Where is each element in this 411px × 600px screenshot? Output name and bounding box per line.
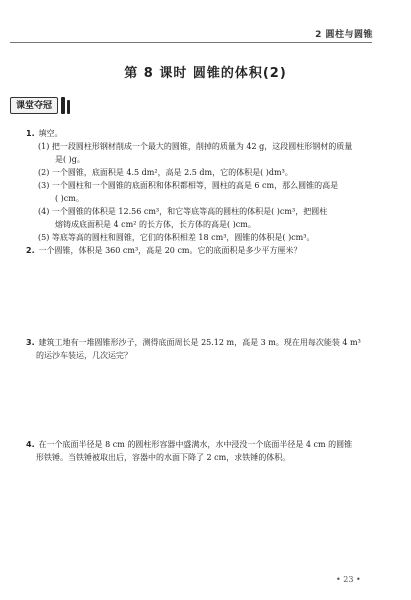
question-number: 4. — [26, 438, 36, 451]
sub-question-2: (2) 一个圆锥，底面积是 4.5 dm²，高是 2.5 dm，它的体积是( )… — [26, 166, 381, 179]
question-1-stem: 1. 填空。 — [26, 127, 381, 140]
sub-question-1: (1) 把一段圆柱形钢材削成一个最大的圆锥，削掉的质量为 42 g，这段圆柱形钢… — [26, 140, 381, 166]
question-number: 2. — [26, 244, 36, 257]
sub-question-5: (5) 等底等高的圆柱和圆锥，它们的体积相差 18 cm³，圆锥的体积是( )c… — [26, 231, 381, 244]
question-1: 1. 填空。 (1) 把一段圆柱形钢材削成一个最大的圆锥，削掉的质量为 42 g… — [26, 127, 381, 244]
lesson-title: 第 8 课时 圆锥的体积(2) — [0, 62, 411, 81]
section-badge: 课堂夺冠 — [10, 97, 70, 114]
sub-question-line: (3) 一个圆柱和一个圆锥的底面积和体积都相等，圆柱的高是 6 cm，那么圆锥的… — [38, 179, 381, 192]
question-text: 建筑工地有一堆圆锥形沙子，测得底面周长是 25.12 m，高是 3 m。现在用每… — [39, 338, 361, 347]
sub-question-3: (3) 一个圆柱和一个圆锥的底面积和体积都相等，圆柱的高是 6 cm，那么圆锥的… — [26, 179, 381, 205]
question-number: 3. — [26, 336, 36, 349]
sub-question-line: (4) 一个圆锥的体积是 12.56 cm³，和它等底等高的圆柱的体积是( )c… — [38, 205, 381, 218]
question-number: 1. — [26, 127, 36, 140]
question-text: 填空。 — [39, 129, 63, 138]
sub-question-line: 熔铸成底面积是 4 cm² 的长方体，长方体的高是( )cm。 — [38, 218, 381, 231]
question-2: 2. 一个圆锥，体积是 360 cm³，高是 20 cm。它的底面积是多少平方厘… — [26, 244, 381, 257]
section-badge-label: 课堂夺冠 — [10, 97, 58, 114]
question-text: 在一个底面半径是 8 cm 的圆柱形容器中盛满水，水中浸没一个底面半径是 4 c… — [39, 440, 353, 449]
question-text: 的运沙车装运，几次运完？ — [26, 349, 381, 362]
page-number: • 23 • — [336, 575, 361, 584]
sub-question-line: (2) 一个圆锥，底面积是 4.5 dm²，高是 2.5 dm，它的体积是( )… — [38, 166, 381, 179]
sub-question-line: ( )cm。 — [38, 192, 381, 205]
chapter-header: 2 圆柱与圆锥 — [315, 27, 373, 40]
header-divider — [10, 42, 372, 43]
sub-question-line: 是( )g。 — [38, 153, 381, 166]
question-3: 3. 建筑工地有一堆圆锥形沙子，测得底面周长是 25.12 m，高是 3 m。现… — [26, 336, 381, 362]
badge-tab-decoration — [67, 100, 70, 114]
question-4: 4. 在一个底面半径是 8 cm 的圆柱形容器中盛满水，水中浸没一个底面半径是 … — [26, 438, 381, 464]
question-text: 形铁锤。当铁锤被取出后，容器中的水面下降了 2 cm，求铁锤的体积。 — [26, 451, 381, 464]
sub-question-line: (5) 等底等高的圆柱和圆锥，它们的体积相差 18 cm³，圆锥的体积是( )c… — [38, 231, 381, 244]
badge-tab-decoration — [61, 97, 65, 114]
sub-question-4: (4) 一个圆锥的体积是 12.56 cm³，和它等底等高的圆柱的体积是( )c… — [26, 205, 381, 231]
sub-question-line: (1) 把一段圆柱形钢材削成一个最大的圆锥，削掉的质量为 42 g，这段圆柱形钢… — [38, 140, 381, 153]
question-text: 一个圆锥，体积是 360 cm³，高是 20 cm。它的底面积是多少平方厘米？ — [39, 246, 302, 255]
